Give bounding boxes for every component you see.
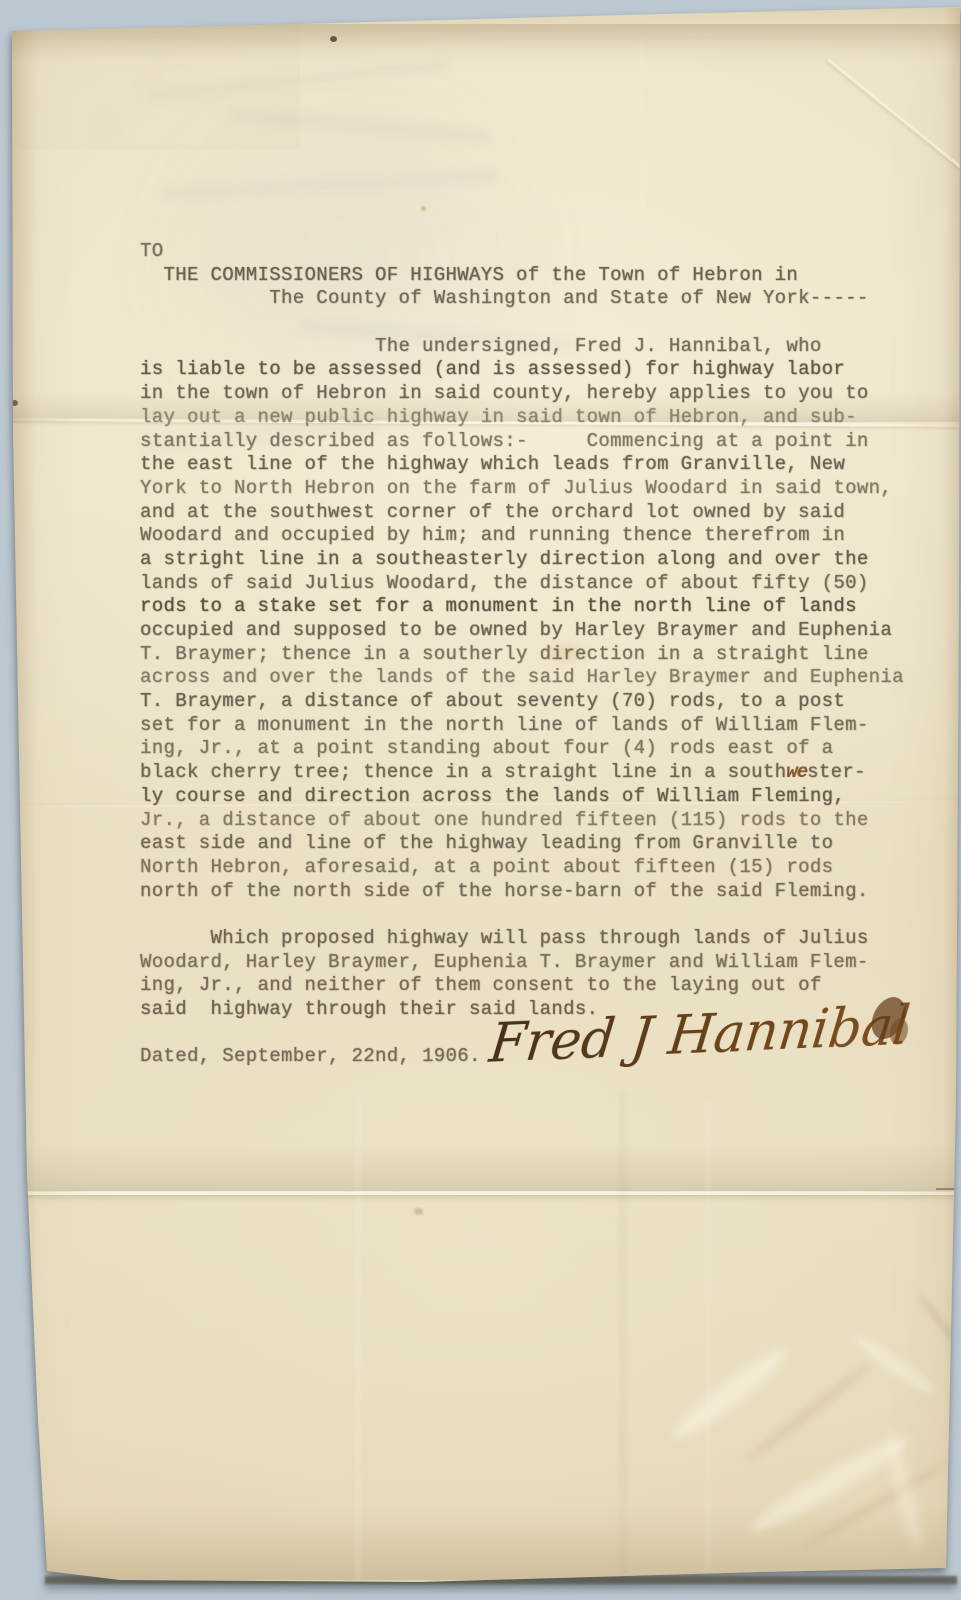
typed-line: stantially described as follows:- Commen…	[140, 430, 940, 454]
typed-line: TO	[140, 240, 940, 264]
fold-crease	[0, 1142, 961, 1192]
typed-line: THE COMMISSIONERS OF HIGHWAYS of the Tow…	[140, 264, 940, 288]
paper-wrinkle	[706, 1100, 710, 1570]
stain	[421, 206, 426, 211]
paper-edge-shading-bottom	[0, 1505, 961, 1580]
paper-wrinkle	[667, 1341, 792, 1446]
typed-line: set for a monument in the north line of …	[140, 714, 940, 738]
typed-line: Woodard and occupied by him; and running…	[140, 524, 940, 548]
paper-wrinkle	[620, 1090, 626, 1580]
paper-edge-shading-left	[8, 25, 38, 1580]
typed-line	[140, 311, 940, 335]
stain	[330, 36, 337, 42]
typed-line: Which proposed highway will pass through…	[140, 927, 940, 951]
typed-line: lay out a new public highway in said tow…	[140, 406, 940, 430]
scan-background: TO THE COMMISSIONERS OF HIGHWAYS of the …	[0, 0, 961, 1600]
typed-line: T. Braymer; thence in a southerly direct…	[140, 643, 940, 667]
typed-line: rods to a stake set for a monument in th…	[140, 595, 940, 619]
stain	[11, 400, 18, 406]
handwritten-correction: we	[786, 761, 807, 783]
typed-line: and at the southwest corner of the orcha…	[140, 501, 940, 525]
typed-line	[140, 903, 940, 927]
typed-line: the east line of the highway which leads…	[140, 453, 940, 477]
typed-line: The County of Washington and State of Ne…	[140, 287, 940, 311]
typed-line: east side and line of the highway leadin…	[140, 832, 940, 856]
typed-line: ly course and direction across the lands…	[140, 785, 940, 809]
corner-crease	[827, 58, 961, 174]
typed-line: a stright line in a southeasterly direct…	[140, 548, 940, 572]
typed-line: ing, Jr., at a point standing about four…	[140, 737, 940, 761]
document-paper: TO THE COMMISSIONERS OF HIGHWAYS of the …	[0, 0, 961, 1600]
paper-edge-shading-right	[943, 8, 961, 1572]
signature-text: Fred J Hannibal	[485, 993, 913, 1074]
typed-text: TO THE COMMISSIONERS OF HIGHWAYS of the …	[140, 240, 940, 1069]
fold-crease-nick	[936, 1188, 961, 1190]
typed-line: is liable to be assessed (and is assesse…	[140, 358, 940, 382]
paper-edge-shading-top	[0, 24, 961, 62]
typed-line: across and over the lands of the said Ha…	[140, 666, 940, 690]
signature-handwriting: Fred J Hannibal	[478, 976, 939, 1096]
paper-wrinkle	[850, 1330, 937, 1398]
typed-line: The undersigned, Fred J. Hannibal, who	[140, 335, 940, 359]
fold-crease	[0, 1191, 961, 1195]
typed-line: T. Braymer, a distance of about seventy …	[140, 690, 940, 714]
typed-line: occupied and supposed to be owned by Har…	[140, 619, 940, 643]
paper-shadow: TO THE COMMISSIONERS OF HIGHWAYS of the …	[0, 0, 961, 1600]
typed-line: lands of said Julius Woodard, the distan…	[140, 572, 940, 596]
typed-line: York to North Hebron on the farm of Juli…	[140, 477, 940, 501]
typed-line: north of the north side of the horse-bar…	[140, 880, 940, 904]
typed-line: Woodard, Harley Braymer, Euphenia T. Bra…	[140, 951, 940, 975]
paper-wrinkle	[356, 1095, 360, 1580]
typed-line: black cherry tree; thence in a straight …	[140, 761, 940, 785]
stain	[414, 1208, 423, 1215]
typed-line: in the town of Hebron in said county, he…	[140, 382, 940, 406]
typed-line: Jr., a distance of about one hundred fif…	[140, 809, 940, 833]
typed-line: North Hebron, aforesaid, at a point abou…	[140, 856, 940, 880]
